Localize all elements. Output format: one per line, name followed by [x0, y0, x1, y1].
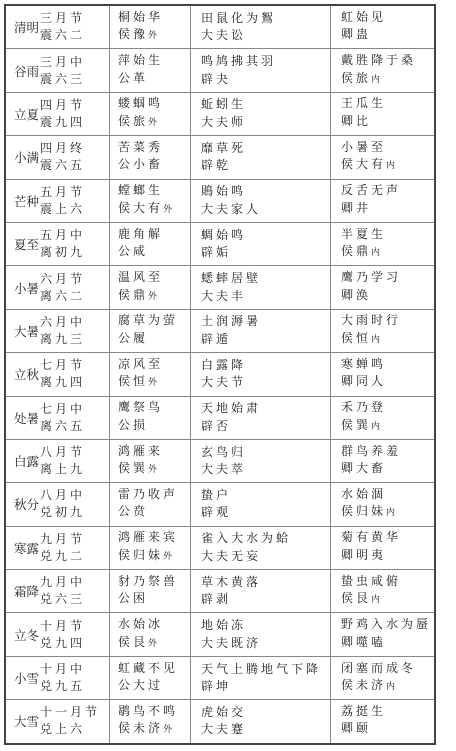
office-text: 大夫萃 — [201, 461, 330, 479]
third-pentad-cell: 蛰虫咸俯 侯艮内 — [331, 570, 436, 613]
office-text: 侯鼎内 — [341, 243, 434, 263]
table-row: 白露 八月节 离上九 鸿雁来 侯巽外 玄鸟归 大夫萃 群鸟养羞 卿大畜 — [5, 439, 435, 482]
office-text: 侯未济内 — [341, 677, 434, 697]
office-text: 公小畜 — [118, 156, 190, 176]
second-pentad-cell: 土润溽暑 辟遁 — [191, 309, 331, 352]
office-text: 侯未济外 — [118, 720, 190, 740]
phenology-text: 雀入大水为蛤 — [201, 530, 330, 548]
office-text: 侯艮外 — [118, 634, 190, 654]
phenology-text: 蛰虫咸俯 — [341, 573, 434, 591]
first-pentad-cell: 鸿雁来 侯巽外 — [110, 439, 191, 482]
office-text: 公履 — [118, 330, 190, 350]
solar-term-name: 立秋 — [14, 365, 39, 383]
third-pentad-cell: 菊有黄华 卿明夷 — [331, 526, 436, 569]
office-text: 公革 — [118, 70, 190, 90]
gua-line-label: 震六五 — [40, 157, 85, 174]
office-text: 卿同人 — [341, 373, 434, 393]
table-row: 谷雨 三月中 震六三 萍始生 公革 鸣鸠拂其羽 辟夬 戴胜降于桑 侯旅内 — [5, 49, 435, 92]
office-text: 侯巽外 — [118, 460, 190, 480]
first-pentad-cell: 蝼蝈鸣 侯旅外 — [110, 92, 191, 135]
office-text: 公咸 — [118, 243, 190, 263]
month-label: 五月中 — [40, 227, 85, 244]
solar-term-cell: 寒露 九月节 兑九二 — [5, 526, 110, 569]
gua-line-label: 兑初九 — [40, 504, 85, 521]
phenology-text: 雷乃收声 — [118, 486, 190, 504]
solar-term-name: 小暑 — [14, 279, 39, 297]
phenology-text: 蛰户 — [201, 487, 330, 505]
first-pentad-cell: 水始冰 侯艮外 — [110, 613, 191, 656]
month-label: 十月中 — [40, 661, 85, 678]
phenology-text: 豺乃祭兽 — [118, 573, 190, 591]
phenology-text: 萍始生 — [118, 52, 190, 70]
inner-outer-suffix: 内 — [386, 508, 395, 518]
phenology-text: 土润溽暑 — [201, 313, 330, 331]
solar-term-name: 大雪 — [14, 712, 39, 730]
gua-line-label: 兑上六 — [40, 721, 100, 738]
phenology-text: 田鼠化为鴽 — [201, 10, 330, 28]
solar-term-cell: 芒种 五月节 震上六 — [5, 179, 110, 222]
third-pentad-cell: 半夏生 侯鼎内 — [331, 222, 436, 265]
table-row: 寒露 九月节 兑九二 鸿雁来宾 侯归妹外 雀入大水为蛤 大夫无妄 菊有黄华 卿明… — [5, 526, 435, 569]
phenology-text: 大雨时行 — [341, 312, 434, 330]
gua-line-label: 兑九四 — [40, 635, 85, 652]
solar-term-name: 谷雨 — [14, 62, 39, 80]
phenology-text: 苦菜秀 — [118, 139, 190, 157]
inner-outer-suffix: 外 — [148, 118, 157, 128]
office-text: 公困 — [118, 590, 190, 610]
table-row: 小雪 十月中 兑九五 虹藏不见 公大过 天气上腾地气下降 辟坤 闭塞而成冬 侯未… — [5, 656, 435, 699]
phenology-text: 蟋蟀居壁 — [201, 270, 330, 288]
phenology-text: 戴胜降于桑 — [341, 52, 434, 70]
third-pentad-cell: 戴胜降于桑 侯旅内 — [331, 49, 436, 92]
second-pentad-cell: 雀入大水为蛤 大夫无妄 — [191, 526, 331, 569]
first-pentad-cell: 鹰祭鸟 公损 — [110, 396, 191, 439]
table-row: 清明 三月节 震六二 桐始华 侯豫外 田鼠化为鴽 大夫讼 虹始见 卿蛊 — [5, 5, 435, 49]
table-row: 秋分 八月中 兑初九 雷乃收声 公贲 蛰户 辟观 水始涸 侯归妹内 — [5, 483, 435, 526]
inner-outer-suffix: 外 — [148, 378, 157, 388]
phenology-text: 鹿角解 — [118, 226, 190, 244]
office-text: 辟坤 — [201, 678, 330, 696]
office-text: 公损 — [118, 417, 190, 437]
table-row: 小暑 六月节 离六二 温风至 侯鼎外 蟋蟀居壁 大夫丰 鹰乃学习 卿涣 — [5, 266, 435, 309]
phenology-text: 虹藏不见 — [118, 660, 190, 678]
office-text: 辟剥 — [201, 591, 330, 609]
office-text: 卿噬嗑 — [341, 634, 434, 654]
office-text: 公贲 — [118, 503, 190, 523]
phenology-text: 鸿雁来宾 — [118, 529, 190, 547]
month-label: 八月中 — [40, 487, 85, 504]
office-text: 辟否 — [201, 418, 330, 436]
phenology-text: 虹始见 — [341, 9, 434, 27]
inner-outer-suffix: 内 — [371, 422, 380, 432]
office-text: 大夫节 — [201, 374, 330, 392]
phenology-text: 天地始肃 — [201, 400, 330, 418]
phenology-text: 闭塞而成冬 — [341, 660, 434, 678]
second-pentad-cell: 天地始肃 辟否 — [191, 396, 331, 439]
third-pentad-cell: 小暑至 侯大有内 — [331, 136, 436, 179]
solar-term-name: 小满 — [14, 148, 39, 166]
phenology-text: 群鸟养羞 — [341, 443, 434, 461]
inner-outer-suffix: 外 — [163, 725, 172, 735]
second-pentad-cell: 地始冻 大夫既济 — [191, 613, 331, 656]
phenology-text: 菊有黄华 — [341, 529, 434, 547]
third-pentad-cell: 寒蝉鸣 卿同人 — [331, 353, 436, 396]
office-text: 大夫蹇 — [201, 721, 330, 739]
first-pentad-cell: 豺乃祭兽 公困 — [110, 570, 191, 613]
phenology-text: 桐始华 — [118, 9, 190, 27]
solar-term-cell: 大雪 十一月节 兑上六 — [5, 700, 110, 744]
second-pentad-cell: 靡草死 辟乾 — [191, 136, 331, 179]
phenology-text: 半夏生 — [341, 226, 434, 244]
office-text: 大夫无妄 — [201, 548, 330, 566]
phenology-text: 鵙始鸣 — [201, 183, 330, 201]
solar-term-name: 白露 — [14, 452, 39, 470]
solar-term-cell: 白露 八月节 离上九 — [5, 439, 110, 482]
first-pentad-cell: 苦菜秀 公小畜 — [110, 136, 191, 179]
phenology-text: 蚯蚓生 — [201, 96, 330, 114]
table-row: 大雪 十一月节 兑上六 鹖鸟不鸣 侯未济外 虎始交 大夫蹇 荔挺生 卿颐 — [5, 700, 435, 744]
phenology-text: 地始冻 — [201, 617, 330, 635]
solar-term-name: 清明 — [14, 18, 39, 36]
phenology-text: 白露降 — [201, 357, 330, 375]
second-pentad-cell: 鸣鸠拂其羽 辟夬 — [191, 49, 331, 92]
solar-term-name: 霜降 — [14, 582, 39, 600]
phenology-text: 靡草死 — [201, 140, 330, 158]
inner-outer-suffix: 外 — [163, 552, 172, 562]
third-pentad-cell: 水始涸 侯归妹内 — [331, 483, 436, 526]
table-row: 芒种 五月节 震上六 螳螂生 侯大有外 鵙始鸣 大夫家人 反舌无声 卿井 — [5, 179, 435, 222]
table-body: 清明 三月节 震六二 桐始华 侯豫外 田鼠化为鴽 大夫讼 虹始见 卿蛊 — [5, 5, 435, 744]
office-text: 侯恒内 — [341, 330, 434, 350]
table-row: 立夏 四月节 震九四 蝼蝈鸣 侯旅外 蚯蚓生 大夫师 王瓜生 卿比 — [5, 92, 435, 135]
office-text: 卿蛊 — [341, 26, 434, 46]
first-pentad-cell: 桐始华 侯豫外 — [110, 5, 191, 49]
third-pentad-cell: 群鸟养羞 卿大畜 — [331, 439, 436, 482]
phenology-text: 王瓜生 — [341, 95, 434, 113]
inner-outer-suffix: 外 — [148, 292, 157, 302]
first-pentad-cell: 萍始生 公革 — [110, 49, 191, 92]
gua-line-label: 震六二 — [40, 27, 85, 44]
solar-term-cell: 大暑 六月中 离九三 — [5, 309, 110, 352]
solar-term-name: 处暑 — [14, 409, 39, 427]
month-label: 五月节 — [40, 184, 85, 201]
solar-term-cell: 小暑 六月节 离六二 — [5, 266, 110, 309]
month-label: 九月节 — [40, 531, 85, 548]
gua-line-label: 震上六 — [40, 201, 85, 218]
office-text: 卿比 — [341, 113, 434, 133]
second-pentad-cell: 蜩始鸣 辟姤 — [191, 222, 331, 265]
inner-outer-suffix: 外 — [148, 465, 157, 475]
gua-line-label: 离九三 — [40, 331, 85, 348]
phenology-text: 蜩始鸣 — [201, 227, 330, 245]
table-row: 处暑 七月中 离六五 鹰祭鸟 公损 天地始肃 辟否 禾乃登 侯巽内 — [5, 396, 435, 439]
second-pentad-cell: 天气上腾地气下降 辟坤 — [191, 656, 331, 699]
phenology-text: 天气上腾地气下降 — [201, 661, 330, 679]
third-pentad-cell: 野鸡入水为蜃 卿噬嗑 — [331, 613, 436, 656]
office-text: 侯恒外 — [118, 373, 190, 393]
first-pentad-cell: 鸿雁来宾 侯归妹外 — [110, 526, 191, 569]
gua-line-label: 震九四 — [40, 114, 85, 131]
inner-outer-suffix: 内 — [371, 75, 380, 85]
phenology-text: 凉风至 — [118, 356, 190, 374]
inner-outer-suffix: 外 — [148, 639, 157, 649]
first-pentad-cell: 鹖鸟不鸣 侯未济外 — [110, 700, 191, 744]
solar-term-name: 立冬 — [14, 626, 39, 644]
month-label: 三月节 — [40, 10, 85, 27]
second-pentad-cell: 虎始交 大夫蹇 — [191, 700, 331, 744]
inner-outer-suffix: 外 — [163, 205, 172, 215]
phenology-text: 腐草为萤 — [118, 312, 190, 330]
gua-line-label: 离初九 — [40, 244, 85, 261]
solar-term-name: 小雪 — [14, 669, 39, 687]
gua-line-label: 离九四 — [40, 374, 85, 391]
office-text: 侯旅内 — [341, 70, 434, 90]
office-text: 辟乾 — [201, 157, 330, 175]
solar-term-cell: 清明 三月节 震六二 — [5, 5, 110, 49]
second-pentad-cell: 鵙始鸣 大夫家人 — [191, 179, 331, 222]
gua-line-label: 兑九二 — [40, 548, 85, 565]
gua-line-label: 震六三 — [40, 71, 85, 88]
third-pentad-cell: 虹始见 卿蛊 — [331, 5, 436, 49]
office-text: 卿大畜 — [341, 460, 434, 480]
gua-line-label: 兑六三 — [40, 591, 85, 608]
second-pentad-cell: 蚯蚓生 大夫师 — [191, 92, 331, 135]
office-text: 侯大有外 — [118, 200, 190, 220]
phenology-text: 鹰祭鸟 — [118, 399, 190, 417]
solar-term-cell: 谷雨 三月中 震六三 — [5, 49, 110, 92]
second-pentad-cell: 白露降 大夫节 — [191, 353, 331, 396]
office-text: 大夫师 — [201, 114, 330, 132]
office-text: 侯豫外 — [118, 26, 190, 46]
solar-term-name: 立夏 — [14, 105, 39, 123]
phenology-text: 玄鸟归 — [201, 444, 330, 462]
solar-term-name: 秋分 — [14, 495, 39, 513]
month-label: 七月节 — [40, 357, 85, 374]
third-pentad-cell: 禾乃登 侯巽内 — [331, 396, 436, 439]
office-text: 公大过 — [118, 677, 190, 697]
first-pentad-cell: 温风至 侯鼎外 — [110, 266, 191, 309]
phenology-text: 水始冰 — [118, 616, 190, 634]
office-text: 大夫丰 — [201, 288, 330, 306]
table-row: 立秋 七月节 离九四 凉风至 侯恒外 白露降 大夫节 寒蝉鸣 卿同人 — [5, 353, 435, 396]
office-text: 侯归妹内 — [341, 503, 434, 523]
third-pentad-cell: 大雨时行 侯恒内 — [331, 309, 436, 352]
phenology-text: 螳螂生 — [118, 182, 190, 200]
month-label: 六月中 — [40, 314, 85, 331]
phenology-text: 荔挺生 — [341, 703, 434, 721]
phenology-text: 寒蝉鸣 — [341, 356, 434, 374]
gua-line-label: 离六二 — [40, 288, 85, 305]
gua-line-label: 兑九五 — [40, 678, 85, 695]
second-pentad-cell: 田鼠化为鴽 大夫讼 — [191, 5, 331, 49]
gua-line-label: 离上九 — [40, 461, 85, 478]
office-text: 侯鼎外 — [118, 287, 190, 307]
third-pentad-cell: 反舌无声 卿井 — [331, 179, 436, 222]
gua-line-label: 离六五 — [40, 418, 85, 435]
solar-term-cell: 立夏 四月节 震九四 — [5, 92, 110, 135]
office-text: 卿井 — [341, 200, 434, 220]
inner-outer-suffix: 内 — [386, 161, 395, 171]
inner-outer-suffix: 内 — [371, 248, 380, 258]
month-label: 六月节 — [40, 271, 85, 288]
office-text: 卿涣 — [341, 287, 434, 307]
solar-term-cell: 立秋 七月节 离九四 — [5, 353, 110, 396]
month-label: 十月节 — [40, 618, 85, 635]
office-text: 卿明夷 — [341, 547, 434, 567]
office-text: 侯大有内 — [341, 156, 434, 176]
first-pentad-cell: 虹藏不见 公大过 — [110, 656, 191, 699]
inner-outer-suffix: 内 — [371, 335, 380, 345]
office-text: 侯艮内 — [341, 590, 434, 610]
first-pentad-cell: 鹿角解 公咸 — [110, 222, 191, 265]
inner-outer-suffix: 外 — [148, 31, 157, 41]
month-label: 四月节 — [40, 97, 85, 114]
solar-term-cell: 霜降 九月中 兑六三 — [5, 570, 110, 613]
month-label: 七月中 — [40, 401, 85, 418]
month-label: 九月中 — [40, 574, 85, 591]
office-text: 辟遁 — [201, 331, 330, 349]
solar-term-cell: 立冬 十月节 兑九四 — [5, 613, 110, 656]
phenology-text: 鸣鸠拂其羽 — [201, 53, 330, 71]
office-text: 辟观 — [201, 504, 330, 522]
phenology-text: 鹰乃学习 — [341, 269, 434, 287]
solar-term-name: 夏至 — [14, 235, 39, 253]
phenology-text: 虎始交 — [201, 704, 330, 722]
third-pentad-cell: 闭塞而成冬 侯未济内 — [331, 656, 436, 699]
solar-terms-table: 清明 三月节 震六二 桐始华 侯豫外 田鼠化为鴽 大夫讼 虹始见 卿蛊 — [4, 4, 436, 745]
third-pentad-cell: 王瓜生 卿比 — [331, 92, 436, 135]
table-row: 夏至 五月中 离初九 鹿角解 公咸 蜩始鸣 辟姤 半夏生 侯鼎内 — [5, 222, 435, 265]
second-pentad-cell: 玄鸟归 大夫萃 — [191, 439, 331, 482]
office-text: 辟姤 — [201, 244, 330, 262]
phenology-text: 草木黄落 — [201, 574, 330, 592]
phenology-text: 禾乃登 — [341, 399, 434, 417]
solar-term-name: 寒露 — [14, 539, 39, 557]
table-row: 立冬 十月节 兑九四 水始冰 侯艮外 地始冻 大夫既济 野鸡入水为蜃 卿噬嗑 — [5, 613, 435, 656]
month-label: 四月终 — [40, 140, 85, 157]
office-text: 大夫家人 — [201, 201, 330, 219]
solar-term-cell: 秋分 八月中 兑初九 — [5, 483, 110, 526]
phenology-text: 鹖鸟不鸣 — [118, 703, 190, 721]
office-text: 大夫讼 — [201, 27, 330, 45]
month-label: 八月节 — [40, 444, 85, 461]
office-text: 大夫既济 — [201, 635, 330, 653]
first-pentad-cell: 雷乃收声 公贲 — [110, 483, 191, 526]
inner-outer-suffix: 内 — [386, 682, 395, 692]
phenology-text: 小暑至 — [341, 139, 434, 157]
phenology-text: 鸿雁来 — [118, 443, 190, 461]
first-pentad-cell: 凉风至 侯恒外 — [110, 353, 191, 396]
office-text: 辟夬 — [201, 71, 330, 89]
phenology-text: 水始涸 — [341, 486, 434, 504]
second-pentad-cell: 蟋蟀居壁 大夫丰 — [191, 266, 331, 309]
office-text: 卿颐 — [341, 720, 434, 740]
table-row: 大暑 六月中 离九三 腐草为萤 公履 土润溽暑 辟遁 大雨时行 侯恒内 — [5, 309, 435, 352]
table-row: 霜降 九月中 兑六三 豺乃祭兽 公困 草木黄落 辟剥 蛰虫咸俯 侯艮内 — [5, 570, 435, 613]
solar-term-cell: 小雪 十月中 兑九五 — [5, 656, 110, 699]
phenology-text: 蝼蝈鸣 — [118, 95, 190, 113]
phenology-text: 野鸡入水为蜃 — [341, 616, 434, 634]
table-row: 小满 四月终 震六五 苦菜秀 公小畜 靡草死 辟乾 小暑至 侯大有内 — [5, 136, 435, 179]
first-pentad-cell: 螳螂生 侯大有外 — [110, 179, 191, 222]
inner-outer-suffix: 内 — [371, 595, 380, 605]
third-pentad-cell: 鹰乃学习 卿涣 — [331, 266, 436, 309]
third-pentad-cell: 荔挺生 卿颐 — [331, 700, 436, 744]
phenology-text: 反舌无声 — [341, 182, 434, 200]
solar-term-name: 芒种 — [14, 192, 39, 210]
month-label: 三月中 — [40, 54, 85, 71]
solar-term-cell: 处暑 七月中 离六五 — [5, 396, 110, 439]
solar-term-cell: 夏至 五月中 离初九 — [5, 222, 110, 265]
office-text: 侯归妹外 — [118, 547, 190, 567]
office-text: 侯旅外 — [118, 113, 190, 133]
office-text: 侯巽内 — [341, 417, 434, 437]
solar-term-name: 大暑 — [14, 322, 39, 340]
solar-term-cell: 小满 四月终 震六五 — [5, 136, 110, 179]
second-pentad-cell: 蛰户 辟观 — [191, 483, 331, 526]
second-pentad-cell: 草木黄落 辟剥 — [191, 570, 331, 613]
month-label: 十一月节 — [40, 704, 100, 721]
first-pentad-cell: 腐草为萤 公履 — [110, 309, 191, 352]
phenology-text: 温风至 — [118, 269, 190, 287]
